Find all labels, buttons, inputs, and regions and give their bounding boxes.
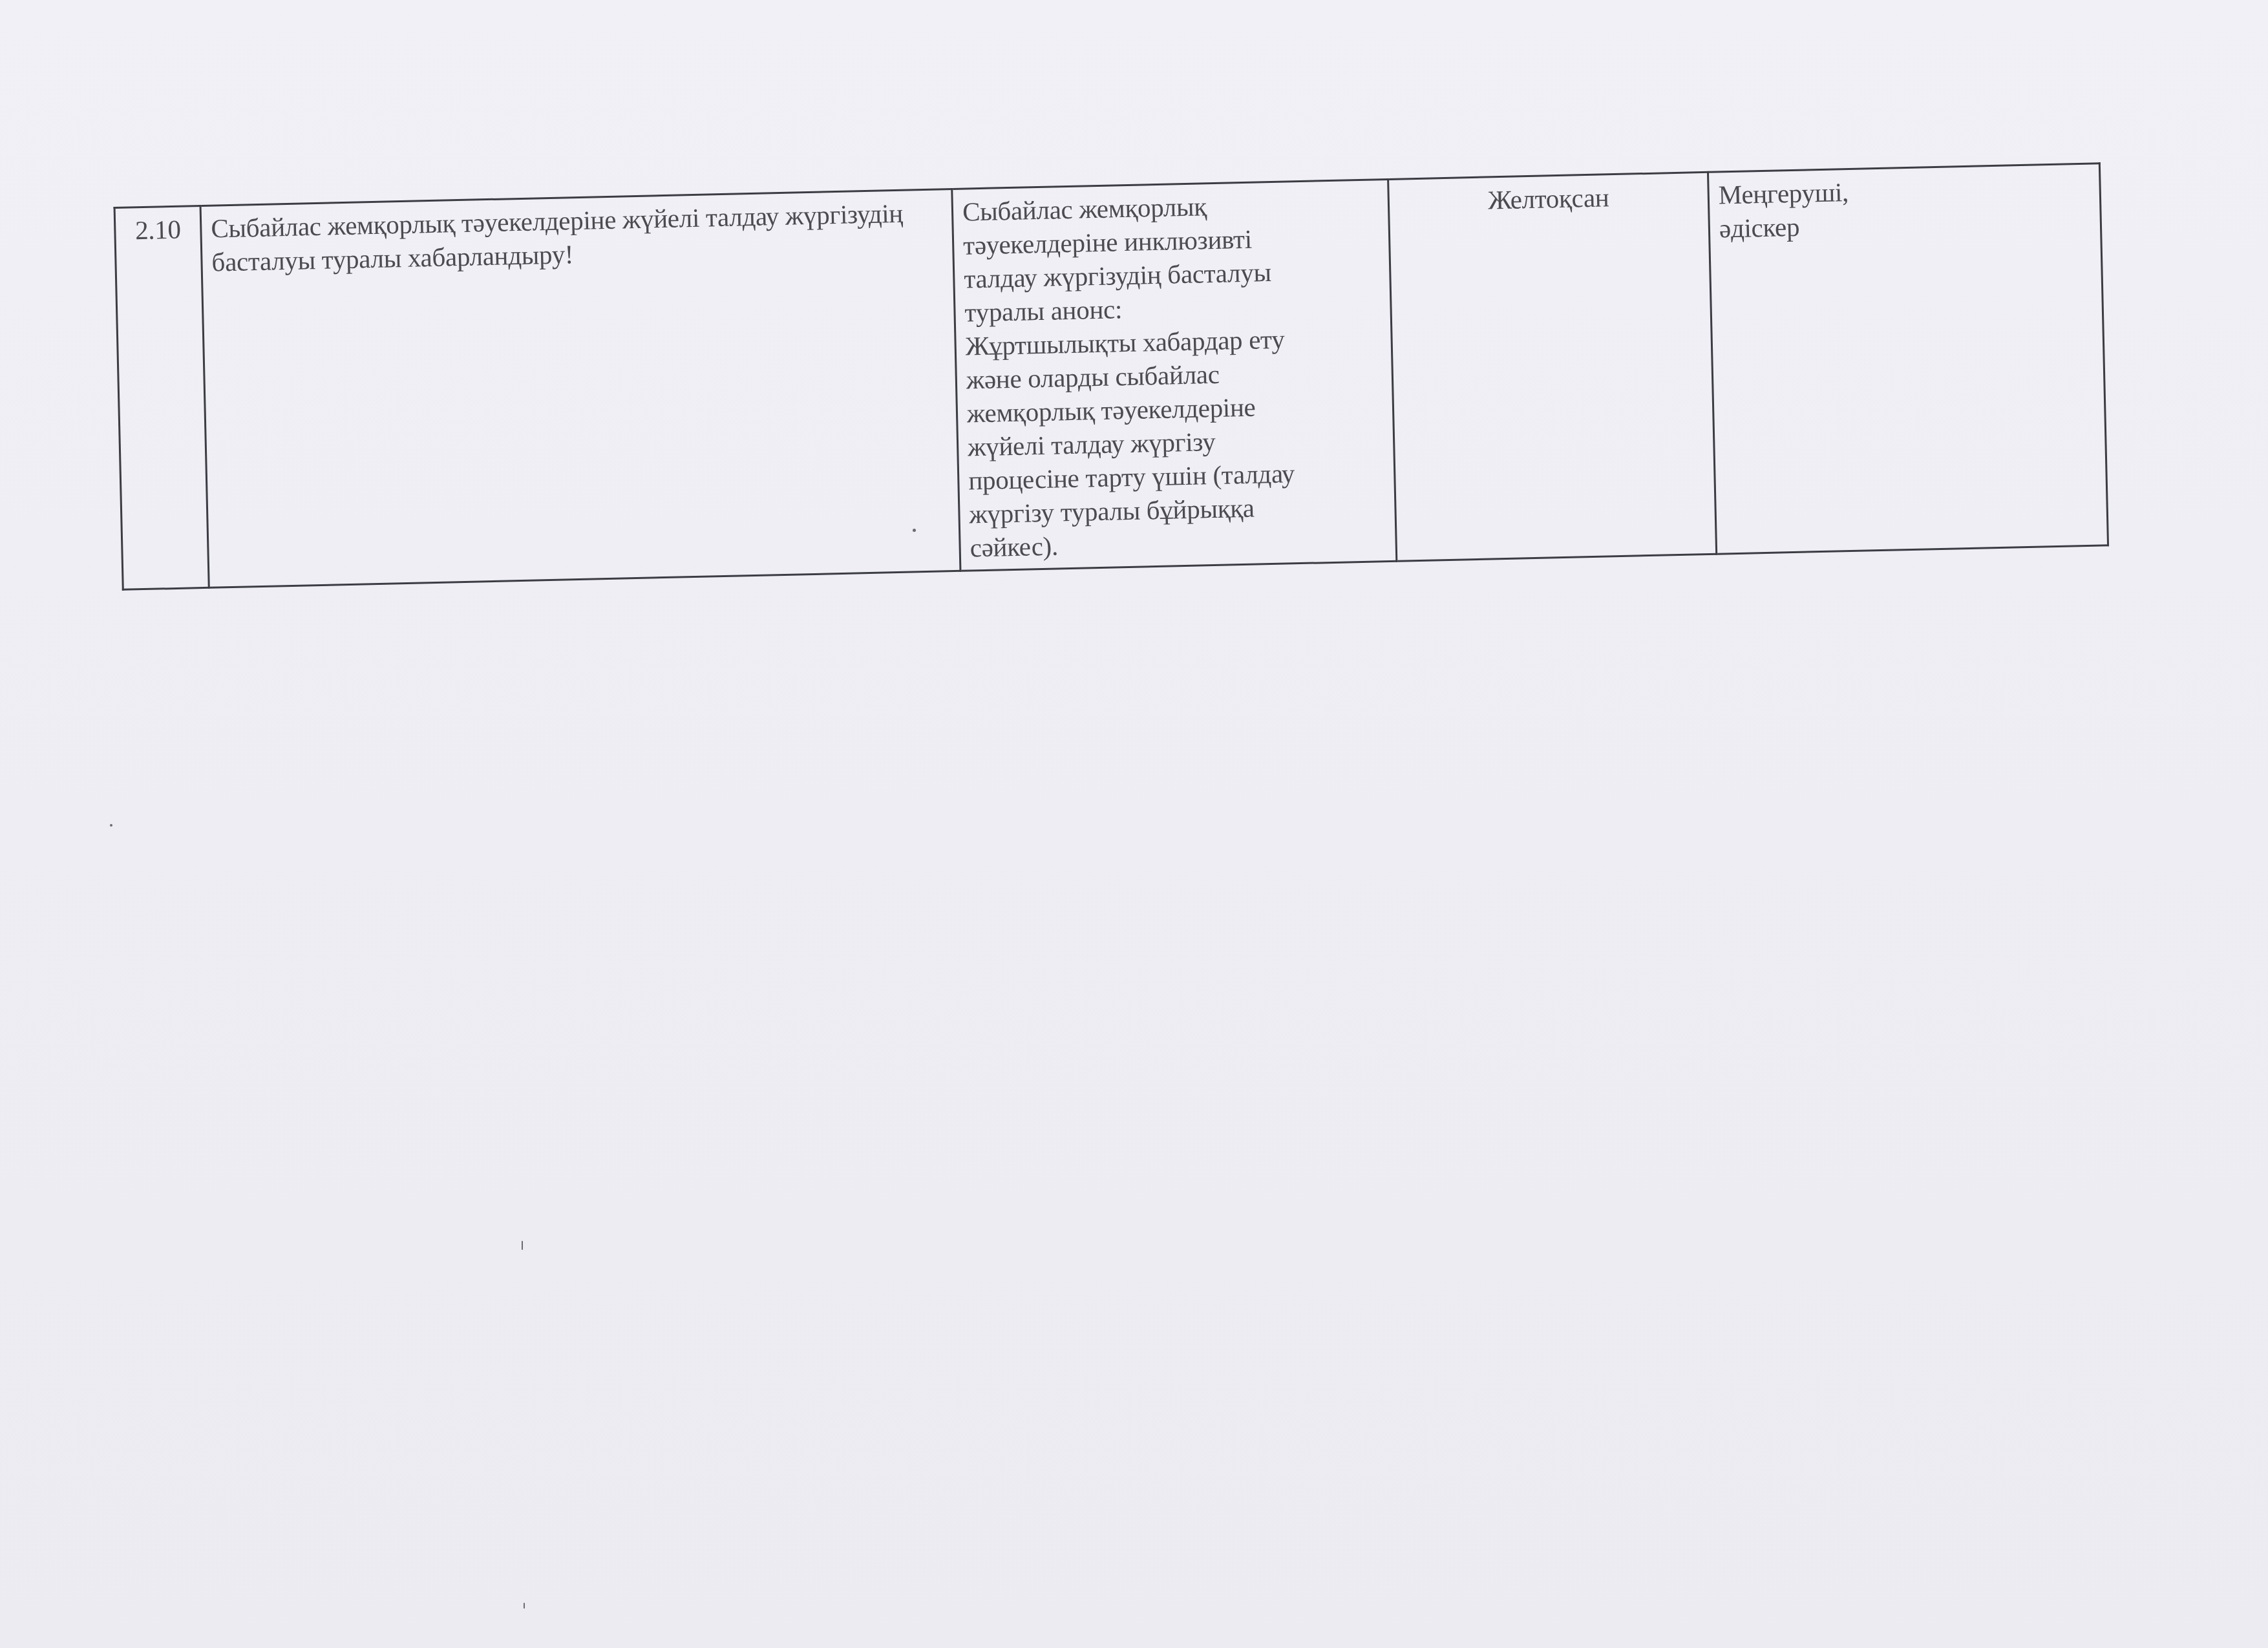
- plan-table: 2.10 Сыбайлас жемқорлық тәуекелдеріне жү…: [114, 162, 2110, 591]
- scan-speck: [913, 529, 916, 532]
- scan-speck: [524, 1603, 525, 1609]
- deadline-cell: Желтоқсан: [1388, 172, 1717, 561]
- scanned-page: 2.10 Сыбайлас жемқорлық тәуекелдеріне жү…: [0, 0, 2268, 1648]
- event-cell: Сыбайлас жемқорлық тәуекелдеріне жүйелі …: [200, 189, 960, 587]
- plan-table-wrapper: 2.10 Сыбайлас жемқорлық тәуекелдеріне жү…: [114, 162, 2108, 590]
- scan-speck: [522, 1241, 523, 1250]
- row-number-cell: 2.10: [114, 206, 209, 589]
- row-number: 2.10: [135, 215, 182, 246]
- event-text: Сыбайлас жемқорлық тәуекелдеріне жүйелі …: [211, 198, 904, 277]
- responsible-cell: Меңгеруші, әдіскер: [1708, 164, 2108, 554]
- description-cell: Сыбайлас жемқорлық тәуекелдеріне инклюзи…: [952, 179, 1397, 571]
- deadline-text: Желтоқсан: [1488, 182, 1609, 215]
- scan-speck: [110, 824, 112, 827]
- table-row: 2.10 Сыбайлас жемқорлық тәуекелдеріне жү…: [114, 164, 2108, 589]
